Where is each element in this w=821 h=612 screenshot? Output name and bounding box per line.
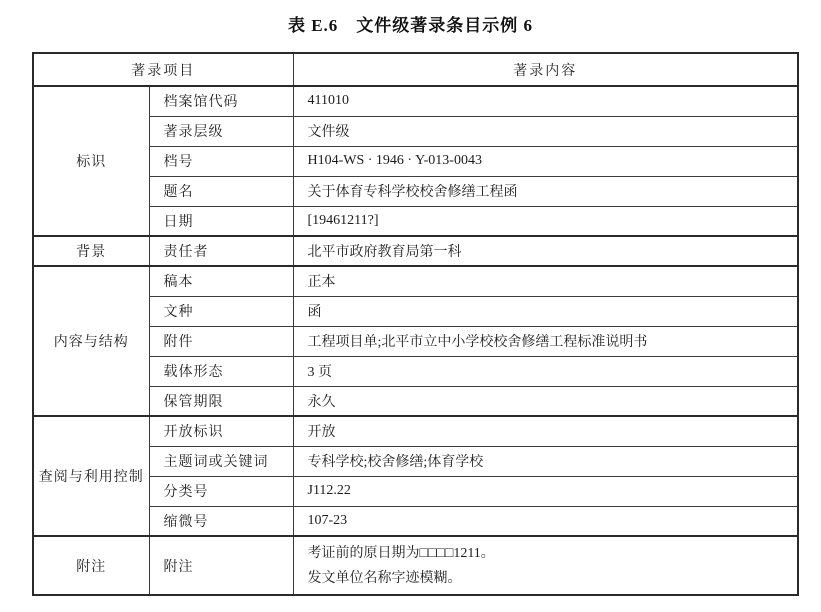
field-label: 分类号 xyxy=(149,476,293,506)
table-row: 查阅与利用控制 开放标识 开放 xyxy=(33,416,798,446)
field-label: 题名 xyxy=(149,176,293,206)
field-label: 主题词或关键词 xyxy=(149,446,293,476)
note-line-1: 考证前的原日期为□□□□1211。 xyxy=(308,541,798,566)
table-row: 附注 附注 考证前的原日期为□□□□1211。 发文单位名称字迹模糊。 xyxy=(33,536,798,595)
header-content-column: 著录内容 xyxy=(293,53,798,86)
field-value: 工程项目单;北平市立中小学校校舍修缮工程标准说明书 xyxy=(293,326,798,356)
field-label: 载体形态 xyxy=(149,356,293,386)
table-header-row: 著录项目 著录内容 xyxy=(33,53,798,86)
field-label: 开放标识 xyxy=(149,416,293,446)
field-label: 缩微号 xyxy=(149,506,293,536)
field-value: H104-WS · 1946 · Y-013-0043 xyxy=(293,146,798,176)
field-value: 3 页 xyxy=(293,356,798,386)
field-label: 档号 xyxy=(149,146,293,176)
field-label: 文种 xyxy=(149,296,293,326)
field-value: 关于体育专科学校校舍修缮工程函 xyxy=(293,176,798,206)
field-value: 永久 xyxy=(293,386,798,416)
field-label: 附注 xyxy=(149,536,293,595)
field-value: 专科学校;校舍修缮;体育学校 xyxy=(293,446,798,476)
field-label: 附件 xyxy=(149,326,293,356)
group-cell-notes: 附注 xyxy=(33,536,149,595)
group-cell-background: 背景 xyxy=(33,236,149,266)
field-value: 411010 xyxy=(293,86,798,116)
field-label: 著录层级 xyxy=(149,116,293,146)
field-label: 档案馆代码 xyxy=(149,86,293,116)
field-value: 107-23 xyxy=(293,506,798,536)
field-label: 保管期限 xyxy=(149,386,293,416)
table-row: 背景 责任者 北平市政府教育局第一科 xyxy=(33,236,798,266)
field-value: 北平市政府教育局第一科 xyxy=(293,236,798,266)
field-label: 稿本 xyxy=(149,266,293,296)
table-caption: 表 E.6 文件级著录条目示例 6 xyxy=(0,11,821,36)
table-row: 标识 档案馆代码 411010 xyxy=(33,86,798,116)
group-cell-identity: 标识 xyxy=(33,86,149,236)
field-value: J112.22 xyxy=(293,476,798,506)
group-cell-access-control: 查阅与利用控制 xyxy=(33,416,149,536)
field-value: 开放 xyxy=(293,416,798,446)
field-label: 日期 xyxy=(149,206,293,236)
field-value: [19461211?] xyxy=(293,206,798,236)
header-items-column: 著录项目 xyxy=(33,53,293,86)
field-label: 责任者 xyxy=(149,236,293,266)
field-value: 函 xyxy=(293,296,798,326)
field-value: 考证前的原日期为□□□□1211。 发文单位名称字迹模糊。 xyxy=(293,536,798,595)
document-page: 表 E.6 文件级著录条目示例 6 著录项目 著录内容 标识 档案馆代码 411… xyxy=(0,0,821,612)
note-line-2: 发文单位名称字迹模糊。 xyxy=(308,566,798,591)
table-row: 内容与结构 稿本 正本 xyxy=(33,266,798,296)
description-table: 著录项目 著录内容 标识 档案馆代码 411010 著录层级 文件级 档号 H1… xyxy=(32,52,799,596)
group-cell-content-structure: 内容与结构 xyxy=(33,266,149,416)
field-value: 正本 xyxy=(293,266,798,296)
field-value: 文件级 xyxy=(293,116,798,146)
